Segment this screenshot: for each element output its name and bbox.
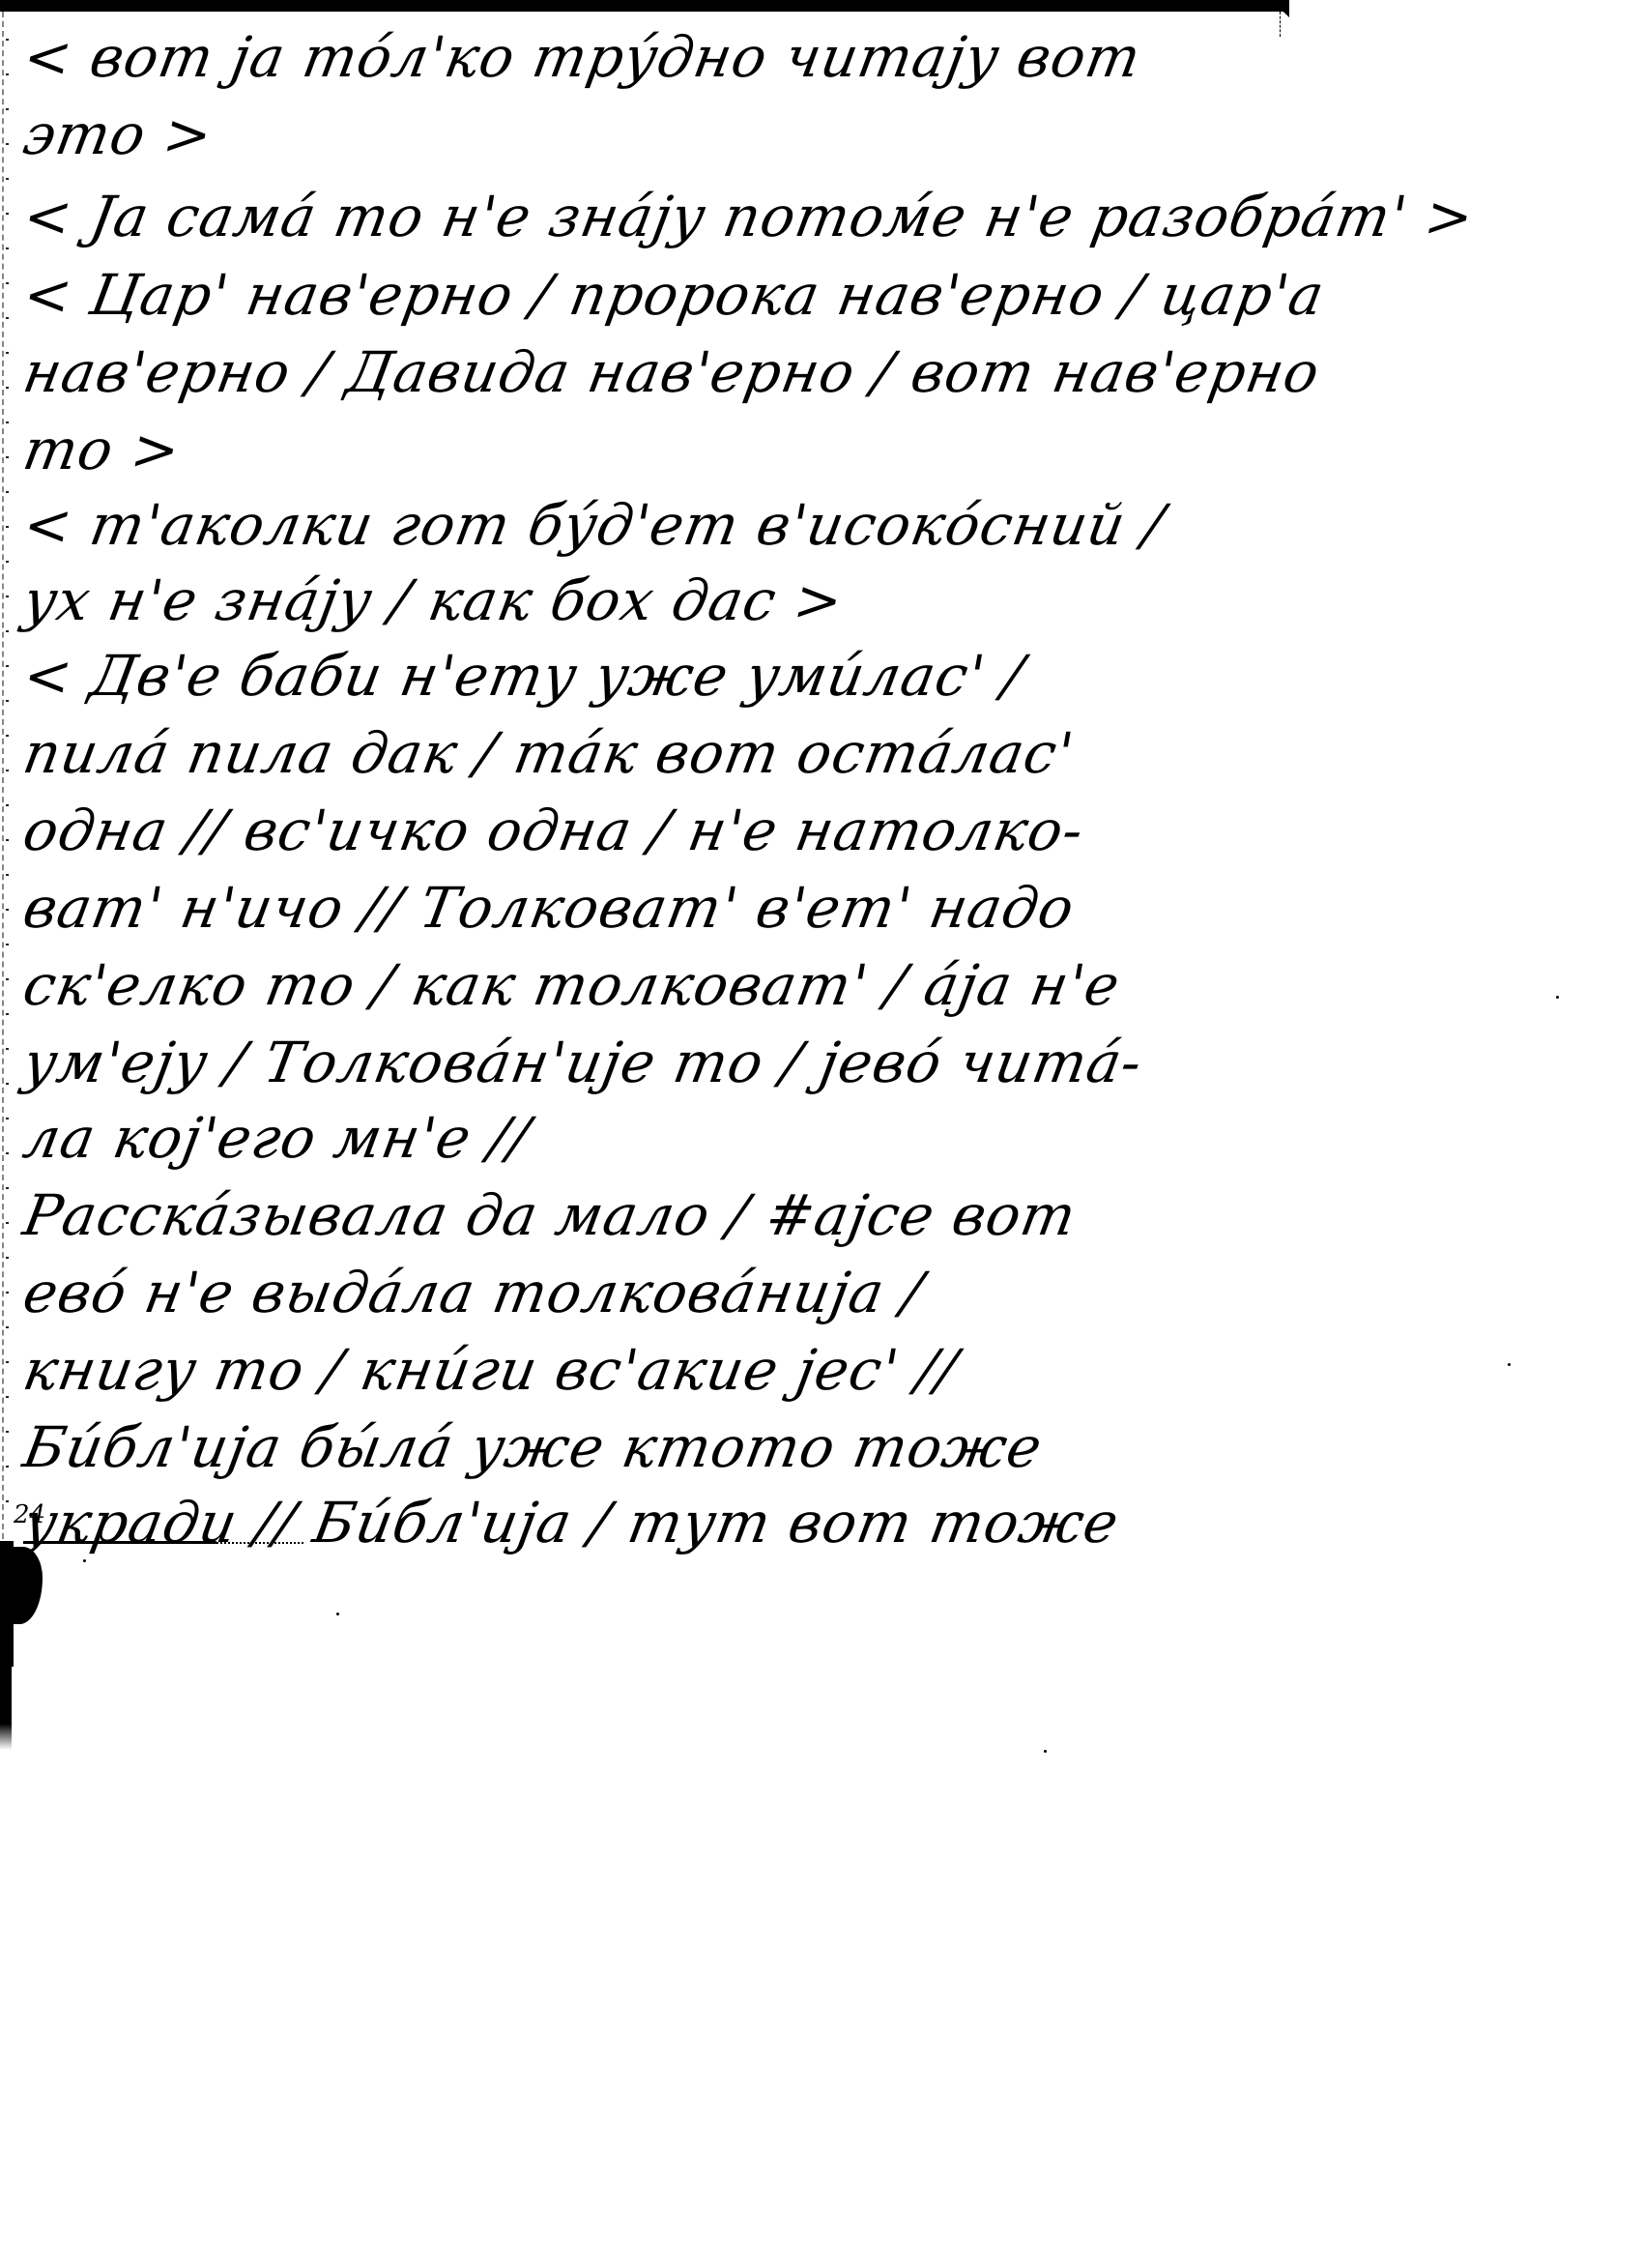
- scan-shadow-tail: [0, 1663, 12, 1750]
- scan-shadow-blob: [10, 1547, 43, 1624]
- text-line: < Дв'е баби н'ету уже уми́лас' /: [19, 648, 1028, 704]
- text-line: ла кој'его мн'е //: [19, 1110, 534, 1166]
- page-bottom-edge-dots: [216, 1542, 303, 1544]
- text-line: книгу то / кни́ги вс'акие јес' //: [19, 1342, 962, 1398]
- text-line: ум'еју / Толкова́н'ије то / јево́ чита́-: [19, 1034, 1146, 1090]
- text-line: ево́ н'е выда́ла толкова́нија /: [19, 1265, 928, 1321]
- scan-top-edge-bar: [0, 0, 1287, 12]
- text-line: это >: [19, 106, 217, 162]
- text-line: одна // вс'ичко одна / н'е натолко-: [19, 802, 1088, 858]
- text-line: < т'аколки гот бу́д'ет в'исоко́сний /: [19, 497, 1168, 553]
- scan-speck: [1044, 1750, 1047, 1753]
- page-number: 24: [14, 1500, 45, 1529]
- text-line: ух н'е зна́ју / как бох дас >: [19, 572, 848, 628]
- text-line: Би́бл'ија бы́ла́ уже ктото тоже: [19, 1419, 1047, 1475]
- page-right-edge: [1280, 12, 1281, 37]
- text-line: нав'ерно / Давида нав'ерно / вот нав'ерн…: [19, 344, 1324, 400]
- text-line: < Ја сама́ то н'е зна́ју потом́е н'е раз…: [19, 189, 1479, 245]
- text-line: пила́ пила дак / та́к вот оста́лас': [19, 725, 1079, 781]
- text-line: ват' н'ичо // Толковат' в'ет' надо: [19, 880, 1079, 936]
- scan-speck: [1508, 1363, 1511, 1366]
- scan-speck: [83, 1559, 86, 1562]
- text-line: < Цар' нав'ерно / пророка нав'ерно / цар…: [19, 267, 1329, 323]
- text-line: то >: [19, 422, 185, 478]
- text-line: ск'елко то / как толковат' / а́ја н'е: [19, 957, 1124, 1013]
- page-bottom-edge: [23, 1541, 216, 1544]
- page-left-margin-line: [2, 12, 4, 1539]
- text-line: < вот ја то́л'ко тру́дно читају вот: [19, 29, 1145, 85]
- scan-speck: [336, 1613, 339, 1615]
- page-left-margin-ticks: [6, 39, 9, 1527]
- text-line: Расска́зывала да мало / #ајсе вот: [19, 1187, 1081, 1243]
- scan-speck: [1556, 996, 1559, 999]
- scanned-page: < вот ја то́л'ко тру́дно читају вот это …: [0, 0, 1643, 2268]
